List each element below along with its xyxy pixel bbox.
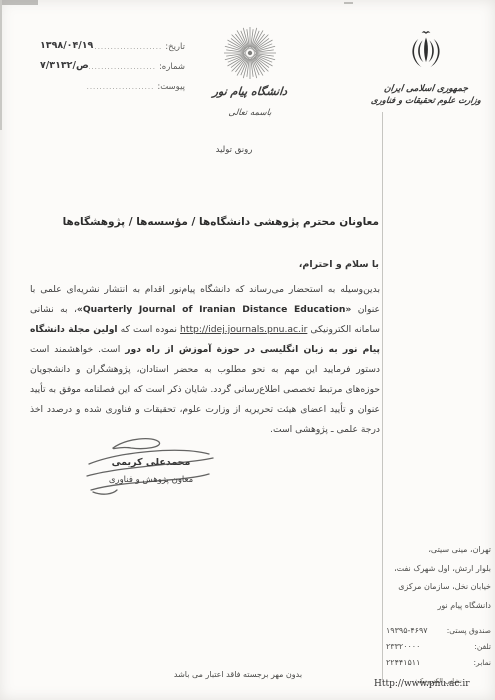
signer-title: معاون پژوهش و فناوری bbox=[92, 475, 210, 485]
date-handwritten-value: ۱۳۹۸/۰۴/۱۹ bbox=[40, 40, 93, 51]
embossed-seal-validity-note: بدون مهر برجسته فاقد اعتبار می باشد bbox=[150, 670, 326, 679]
attachment-label: پیوست: bbox=[157, 82, 185, 92]
journal-title-english: «Quarterly Journal of Iranian Distance E… bbox=[77, 304, 351, 315]
number-handwritten-value: ۷/۳۱۳۲/ص bbox=[40, 60, 89, 71]
letter-meta-fields: تاریخ: ..................... ۱۳۹۸/۰۴/۱۹ … bbox=[40, 42, 185, 102]
number-row: شماره: ..................... ۷/۳۱۳۲/ص bbox=[40, 62, 185, 82]
university-name-calligraphy: دانشگاه پیام نور bbox=[194, 85, 305, 98]
pnu-sunburst-logo-icon: (function(){ var g=document.getElementBy… bbox=[223, 65, 277, 84]
fax-value: ۲۲۴۴۱۵۱۱ bbox=[386, 654, 420, 673]
besmele-text: باسمه تعالی bbox=[194, 108, 305, 118]
scan-smudge bbox=[0, 0, 38, 5]
fax-row: نمابر: ۲۲۴۴۱۵۱۱ bbox=[386, 654, 491, 670]
attachment-dotted-line: ..................... bbox=[43, 83, 154, 91]
signature-block: محمدعلی کریمی معاون پژوهش و فناوری bbox=[92, 442, 210, 485]
university-letterhead: (function(){ var g=document.getElementBy… bbox=[195, 26, 305, 118]
government-letterhead: جمهوری اسلامی ایران وزارت علوم تحقیقات و… bbox=[362, 28, 490, 106]
fax-label: نمابر: bbox=[474, 654, 491, 673]
iran-emblem-icon bbox=[404, 61, 448, 80]
year-slogan-handwritten: رونق تولید bbox=[198, 145, 270, 155]
journal-url: http://idej.journals.pnu.ac.ir bbox=[180, 324, 307, 335]
salutation: با سلام و احترام، bbox=[299, 259, 379, 270]
letter-body: بدین‌وسیله به استحضار می‌رساند که دانشگا… bbox=[30, 280, 380, 440]
telephone-row: تلفن: ۲۳۳۲۰۰۰۰ bbox=[386, 638, 491, 654]
date-row: تاریخ: ..................... ۱۳۹۸/۰۴/۱۹ bbox=[40, 42, 185, 62]
islamic-republic-text: جمهوری اسلامی ایران bbox=[361, 84, 490, 94]
number-label: شماره: bbox=[159, 62, 185, 72]
footer-address-block: تهران، مینی سیتی، بلوار ارتش، اول شهرک ن… bbox=[386, 541, 491, 691]
scanned-letter-page: تاریخ: ..................... ۱۳۹۸/۰۴/۱۹ … bbox=[0, 0, 495, 700]
address-line: خیابان نخل، سازمان مرکزی bbox=[386, 578, 491, 597]
scan-edge bbox=[0, 0, 2, 130]
university-website-url: Http://www.pnu.ac.ir bbox=[374, 679, 488, 689]
recipient-heading: معاونان محترم پژوهشی دانشگاه‌ها / مؤسسه‌… bbox=[63, 216, 379, 228]
attachment-row: پیوست: ..................... bbox=[40, 82, 185, 102]
address-line: تهران، مینی سیتی، bbox=[386, 541, 491, 560]
body-seg-7: است. خواهشمند است دستور فرمایید این مهم … bbox=[30, 344, 380, 435]
date-label: تاریخ: bbox=[165, 42, 185, 52]
scan-speck bbox=[344, 2, 353, 4]
letterhead-vertical-rule bbox=[382, 112, 383, 680]
address-line: بلوار ارتش، اول شهرک نفت، bbox=[386, 560, 491, 579]
handwritten-signature-icon bbox=[83, 434, 219, 504]
body-seg-5: نموده است که bbox=[118, 324, 180, 335]
address-line: دانشگاه پیام نور bbox=[386, 597, 491, 616]
ministry-text: وزارت علوم تحقیقات و فناوری bbox=[361, 96, 490, 106]
pobox-row: صندوق پستی: ۱۹۳۹۵-۴۶۹۷ bbox=[386, 622, 491, 638]
signer-name: محمدعلی کریمی bbox=[92, 457, 210, 468]
